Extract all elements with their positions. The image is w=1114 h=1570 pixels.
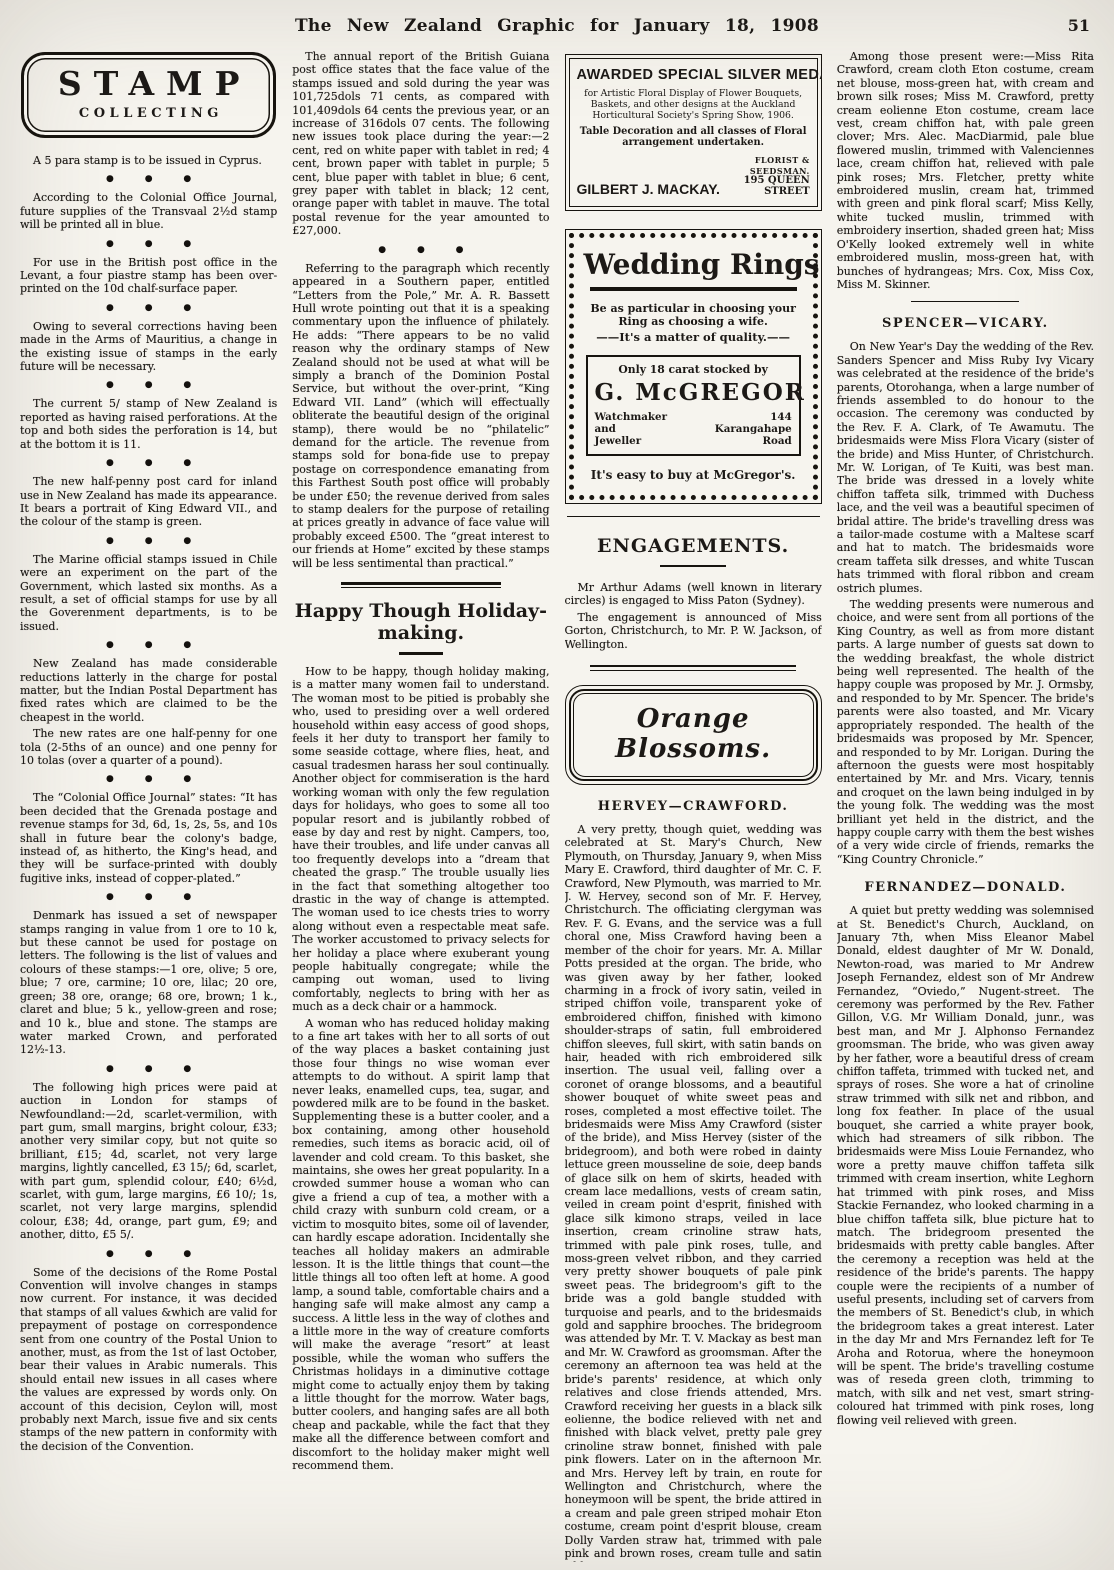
- mackay-ad-text: for Artistic Floral Display of Flower Bo…: [579, 88, 808, 121]
- mcgregor-occupation: Watchmaker and Jeweller: [595, 411, 688, 447]
- dot-separator: ● ● ●: [20, 239, 277, 249]
- wedding-heading-spencer-vicary: SPENCER—VICARY.: [837, 316, 1094, 331]
- mackay-ad-text: Table Decoration and all classes of Flor…: [579, 126, 808, 148]
- column-weddings-continued: Among those present were:—Miss Rita Craw…: [837, 50, 1094, 1562]
- address-line: Karangahape Road: [687, 423, 792, 447]
- dot-separator: ● ● ●: [20, 774, 277, 784]
- stamp-paragraph: The “Colonial Office Journal” states: “I…: [20, 791, 277, 885]
- stamp-paragraph: Some of the decisions of the Rome Postal…: [20, 1266, 277, 1454]
- wedding-heading-hervey-crawford: HERVEY—CRAWFORD.: [565, 799, 822, 814]
- title-rule: [590, 287, 797, 291]
- section-divider: [911, 301, 1019, 302]
- stamp-paragraph: The new half-penny post card for inland …: [20, 475, 277, 529]
- wedding-rings-title: Wedding Rings: [584, 250, 803, 280]
- orange-blossoms-banner: Orange Blossoms.: [565, 685, 822, 785]
- dot-separator: ● ● ●: [20, 458, 277, 468]
- stamp-paragraph: Denmark has issued a set of newspaper st…: [20, 909, 277, 1056]
- dot-separator: ● ● ●: [20, 640, 277, 650]
- engagements-heading: ENGAGEMENTS.: [565, 535, 822, 557]
- wedding-heading-fernandez-donald: FERNANDEZ—DONALD.: [837, 880, 1094, 895]
- section-divider: [590, 665, 796, 671]
- title-underline: [399, 652, 443, 655]
- mackay-ad-headline: AWARDED SPECIAL SILVER MEDAL: [577, 67, 810, 83]
- mackay-florist-ad: AWARDED SPECIAL SILVER MEDAL for Artisti…: [565, 54, 822, 211]
- mcgregor-inner-box: Only 18 carat stocked by G. McGREGOR Wat…: [586, 355, 801, 456]
- dot-separator: ● ● ●: [292, 245, 549, 255]
- holiday-paragraph: How to be happy, though holiday making, …: [292, 665, 549, 1014]
- dot-separator: ● ● ●: [20, 174, 277, 184]
- mcgregor-slogan-quality: ——It's a matter of quality.——: [584, 330, 803, 344]
- address-line: 144: [687, 411, 792, 423]
- news-paragraph: Referring to the paragraph which recentl…: [292, 262, 549, 570]
- mackay-role: FLORIST & SEEDSMAN.: [720, 155, 810, 176]
- column-stamp-collecting: STAMP COLLECTING A 5 para stamp is to be…: [20, 50, 277, 1562]
- dot-separator: ● ● ●: [20, 303, 277, 313]
- dot-separator: ● ● ●: [20, 1249, 277, 1259]
- mcgregor-ad-frame: Wedding Rings Be as particular in choosi…: [569, 233, 818, 500]
- column-grid: STAMP COLLECTING A 5 para stamp is to be…: [20, 50, 1094, 1562]
- mcgregor-slogan: Be as particular in choosing your Ring a…: [588, 302, 799, 328]
- heading-underline: [660, 565, 726, 567]
- dot-separator: ● ● ●: [20, 380, 277, 390]
- stamp-paragraph: For use in the British post office in th…: [20, 256, 277, 296]
- wedding-paragraph: A very pretty, though quiet, wedding was…: [565, 823, 822, 1562]
- mackay-ad-footer: GILBERT J. MACKAY. FLORIST & SEEDSMAN. 1…: [577, 155, 810, 197]
- holiday-article-title: Happy Though Holiday-making.: [292, 600, 549, 644]
- orange-blossoms-title: Orange Blossoms.: [615, 704, 771, 764]
- mcgregor-advertiser-name: G. McGREGOR: [595, 379, 792, 406]
- mackay-advertiser-details: FLORIST & SEEDSMAN. 195 QUEEN STREET: [720, 155, 810, 197]
- masthead-title: The New Zealand Graphic for January 18, …: [20, 10, 1094, 36]
- stamp-paragraph: The Marine official stamps issued in Chi…: [20, 553, 277, 633]
- mcgregor-address: 144 Karangahape Road: [687, 411, 792, 447]
- mackay-ad-frame: AWARDED SPECIAL SILVER MEDAL for Artisti…: [569, 58, 818, 207]
- engagement-item: The engagement is announced of Miss Gort…: [565, 611, 822, 651]
- stamp-paragraph: The current 5/ stamp of New Zealand is r…: [20, 397, 277, 451]
- section-divider: [567, 516, 820, 517]
- occupation-line: Watchmaker and: [595, 411, 688, 435]
- wedding-paragraph: On New Year's Day the wedding of the Rev…: [837, 340, 1094, 595]
- stamp-paragraph: According to the Colonial Office Journal…: [20, 191, 277, 231]
- engagement-item: Mr Arthur Adams (well known in literary …: [565, 581, 822, 608]
- column-ads-weddings: AWARDED SPECIAL SILVER MEDAL for Artisti…: [565, 50, 822, 1562]
- news-paragraph: The annual report of the British Guiana …: [292, 50, 549, 238]
- wedding-paragraph: A quiet but pretty wedding was solemnise…: [837, 904, 1094, 1427]
- column-news-holiday: The annual report of the British Guiana …: [292, 50, 549, 1562]
- mcgregor-details-row: Watchmaker and Jeweller 144 Karangahape …: [595, 411, 792, 447]
- page-number: 51: [1068, 16, 1090, 35]
- wedding-paragraph: Among those present were:—Miss Rita Craw…: [837, 50, 1094, 291]
- stamp-collecting-masthead: STAMP COLLECTING: [21, 52, 276, 138]
- dot-separator: ● ● ●: [20, 536, 277, 546]
- orange-blossoms-inner: Orange Blossoms.: [573, 693, 814, 777]
- mcgregor-wedding-rings-ad: Wedding Rings Be as particular in choosi…: [565, 229, 822, 504]
- collecting-masthead-word: COLLECTING: [28, 106, 269, 121]
- orange-blossoms-border: Orange Blossoms.: [569, 689, 818, 781]
- stamp-masthead-word: STAMP: [28, 67, 269, 101]
- dot-separator: ● ● ●: [20, 1064, 277, 1074]
- mcgregor-tagline: It's easy to buy at McGregor's.: [584, 468, 803, 482]
- stamp-paragraph: Owing to several corrections having been…: [20, 320, 277, 374]
- dot-separator: ● ● ●: [20, 892, 277, 902]
- stamp-paragraph: The following high prices were paid at a…: [20, 1081, 277, 1242]
- newspaper-page: The New Zealand Graphic for January 18, …: [0, 0, 1114, 1562]
- stamp-paragraph: The new rates are one half-penny for one…: [20, 727, 277, 767]
- stamp-paragraph: A 5 para stamp is to be issued in Cyprus…: [20, 154, 277, 167]
- wedding-paragraph: The wedding presents were numerous and c…: [837, 598, 1094, 866]
- page-header: The New Zealand Graphic for January 18, …: [20, 10, 1094, 44]
- mackay-advertiser-name: GILBERT J. MACKAY.: [577, 181, 720, 197]
- stamp-paragraph: New Zealand has made considerable reduct…: [20, 657, 277, 724]
- mcgregor-stocked-line: Only 18 carat stocked by: [595, 363, 792, 376]
- holiday-paragraph: A woman who has reduced holiday making t…: [292, 1017, 549, 1473]
- occupation-line: Jeweller: [595, 435, 688, 447]
- section-divider: [341, 582, 500, 588]
- mackay-address: 195 QUEEN STREET: [720, 176, 810, 197]
